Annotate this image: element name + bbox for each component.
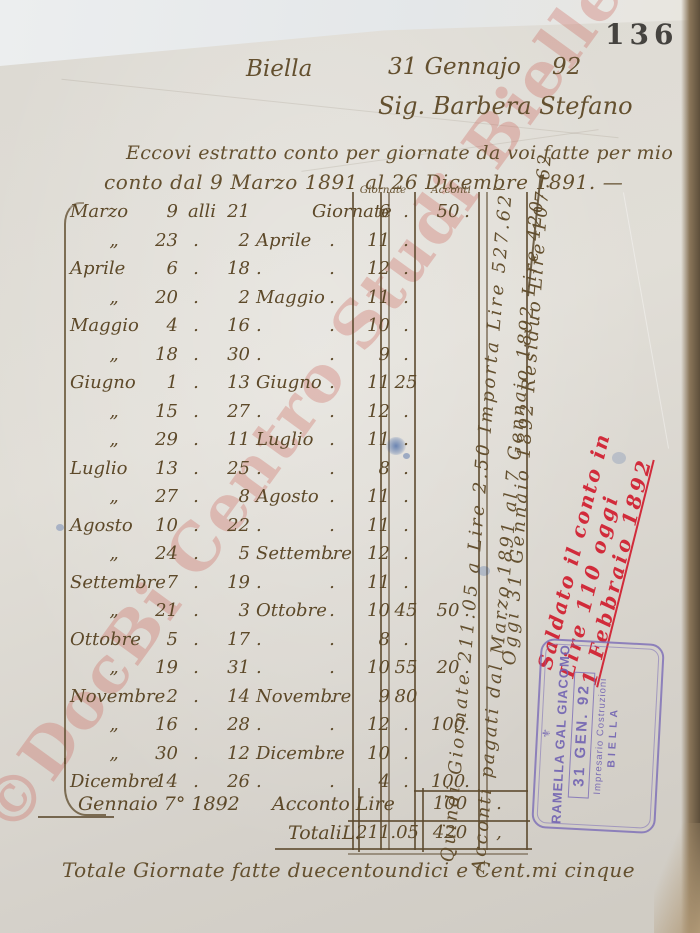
cell-s1: . <box>188 515 204 536</box>
cell-m1: „ <box>104 543 124 564</box>
cell-m1: „ <box>104 230 124 251</box>
table-row: „23.2Aprile.11. <box>60 230 540 258</box>
cell-d1: 30 <box>130 743 178 764</box>
cell-s1: . <box>188 258 204 279</box>
cell-gd: . <box>394 344 418 365</box>
cell-gd: 55 <box>394 657 418 678</box>
cell-d1: 29 <box>130 429 178 450</box>
cell-s1: . <box>188 572 204 593</box>
cell-d2: 30 <box>206 344 250 365</box>
column-header-acconti: Acconti <box>416 184 486 196</box>
cell-d2: 14 <box>206 686 250 707</box>
cell-m1: „ <box>104 743 124 764</box>
cell-m1: „ <box>104 657 124 678</box>
cell-gd: . <box>394 515 418 536</box>
cell-s2: . <box>312 714 352 735</box>
cell-d2: 25 <box>206 458 250 479</box>
cell-s2: . <box>312 600 352 621</box>
cell-m1: „ <box>104 600 124 621</box>
cell-s1: . <box>188 344 204 365</box>
cell-m2: . <box>256 458 262 479</box>
cell-totals-dot: , <box>492 822 506 843</box>
cell-s2: Giornate <box>312 201 352 222</box>
cell-s1: . <box>188 743 204 764</box>
table-row: „20.2Maggio.11. <box>60 287 540 315</box>
cell-d1: 5 <box>130 629 178 650</box>
stamp-title: Impresario Costruzioni <box>590 643 611 829</box>
cell-g: 8 <box>354 629 390 650</box>
cell-acconto-label1: Gennaio 7° 1892 <box>78 793 240 815</box>
cell-g: 12 <box>354 714 390 735</box>
cell-m1: „ <box>104 714 124 735</box>
cell-s2: . <box>312 230 352 251</box>
cell-m2: . <box>256 572 262 593</box>
cell-d1: 1 <box>130 372 178 393</box>
cell-m2: Aprile <box>256 230 311 251</box>
cell-gd: . <box>394 714 418 735</box>
cell-gd: . <box>394 743 418 764</box>
cell-m1: „ <box>104 429 124 450</box>
cell-d2: 2 <box>206 230 250 251</box>
cell-d2: 5 <box>206 543 250 564</box>
cell-m2: . <box>256 657 262 678</box>
cell-g: 12 <box>354 401 390 422</box>
cell-g: 11 <box>354 486 390 507</box>
cell-d1: 21 <box>130 600 178 621</box>
ink-blot <box>403 453 410 459</box>
cell-s2: . <box>312 743 352 764</box>
cell-d2: 31 <box>206 657 250 678</box>
cell-d2: 28 <box>206 714 250 735</box>
cell-s1: . <box>188 401 204 422</box>
cell-m1: „ <box>104 401 124 422</box>
cell-g: 8 <box>354 458 390 479</box>
cell-gd: . <box>394 543 418 564</box>
cell-d1: 16 <box>130 714 178 735</box>
cell-m2: . <box>256 714 262 735</box>
table-row: „18.30..9. <box>60 344 540 372</box>
cell-d1: 13 <box>130 458 178 479</box>
cell-d1: 15 <box>130 401 178 422</box>
cell-d1: 6 <box>130 258 178 279</box>
cell-d1: 2 <box>130 686 178 707</box>
cell-g: 11 <box>354 372 390 393</box>
cell-s1: alli <box>188 201 204 222</box>
column-header-giornate: Giornate <box>352 184 414 196</box>
cell-gd: 80 <box>394 686 418 707</box>
cell-m2: . <box>256 401 262 422</box>
cell-s1: . <box>188 771 204 792</box>
cell-s2: . <box>312 344 352 365</box>
cell-s1: . <box>188 287 204 308</box>
letter-recipient: Sig. Barbera Stefano <box>378 92 633 120</box>
cell-s1: . <box>188 600 204 621</box>
cell-d2: 2 <box>206 287 250 308</box>
cell-s2: . <box>312 486 352 507</box>
table-row: „29.11Luglio.11. <box>60 429 540 457</box>
letter-year: 92 <box>552 54 581 80</box>
cell-gd: . <box>394 401 418 422</box>
letter-place: Biella <box>246 56 312 82</box>
cell-s1: . <box>188 714 204 735</box>
cell-m2: . <box>256 315 262 336</box>
cell-g: 10 <box>354 657 390 678</box>
table-row: „15.27..12. <box>60 401 540 429</box>
cell-g: 9 <box>354 344 390 365</box>
stamp-city: BIELLA <box>602 644 624 830</box>
cell-ad: . <box>460 201 474 222</box>
cell-giornate-total: 211.05 <box>356 822 412 843</box>
cell-gd: . <box>394 258 418 279</box>
cell-g: 9 <box>354 686 390 707</box>
cell-m2: Luglio <box>256 429 313 450</box>
cell-d1: 14 <box>130 771 178 792</box>
table-row: Marzo9alli21Giornate6.50. <box>60 201 540 229</box>
cell-d2: 18 <box>206 258 250 279</box>
cell-m2: . <box>256 515 262 536</box>
cell-d2: 12 <box>206 743 250 764</box>
cell-g: 10 <box>354 743 390 764</box>
stamp-name: RAMELLA GAL GIACOMO <box>548 641 574 828</box>
cell-g: 11 <box>354 287 390 308</box>
cell-s2: . <box>312 686 352 707</box>
cell-m1: „ <box>104 344 124 365</box>
cell-s1: . <box>188 629 204 650</box>
cell-g: 12 <box>354 258 390 279</box>
cell-m2: . <box>256 771 262 792</box>
cell-acconto-label2: Acconto Lire <box>272 793 395 815</box>
cell-d2: 16 <box>206 315 250 336</box>
cell-d2: 3 <box>206 600 250 621</box>
cell-d1: 9 <box>130 201 178 222</box>
cell-s2: . <box>312 657 352 678</box>
cell-gd: 25 <box>394 372 418 393</box>
cell-s1: . <box>188 315 204 336</box>
cell-s2: . <box>312 372 352 393</box>
cell-d2: 17 <box>206 629 250 650</box>
table-row: Giugno1.13Giugno.1125 <box>60 372 540 400</box>
cell-d1: 4 <box>130 315 178 336</box>
ink-blot <box>478 566 490 576</box>
cell-s1: . <box>188 657 204 678</box>
table-row: Luglio13.25..8. <box>60 458 540 486</box>
intro-line-1: Eccovi estratto conto per giornate da vo… <box>126 142 673 164</box>
cell-s1: . <box>188 372 204 393</box>
cell-gd: . <box>394 287 418 308</box>
cell-g: 11 <box>354 429 390 450</box>
cell-s2: . <box>312 315 352 336</box>
cell-s2: . <box>312 429 352 450</box>
cell-s1: . <box>188 429 204 450</box>
cell-d1: 20 <box>130 287 178 308</box>
table-row: Aprile6.18..12. <box>60 258 540 286</box>
cell-d1: 27 <box>130 486 178 507</box>
cell-s1: . <box>188 486 204 507</box>
cell-s1: . <box>188 543 204 564</box>
cell-s2: . <box>312 401 352 422</box>
cell-d2: 27 <box>206 401 250 422</box>
cell-g: 12 <box>354 543 390 564</box>
stamp-crest-icon: ⚜ <box>537 640 558 826</box>
cell-s2: . <box>312 515 352 536</box>
cell-s2: . <box>312 287 352 308</box>
stamp-date: 31 GEN. 92 <box>568 672 596 798</box>
cell-s2: . <box>312 258 352 279</box>
cell-d2: 21 <box>206 201 250 222</box>
letter-date: 31 Gennajo <box>388 54 521 80</box>
page-number: 136 <box>605 18 678 51</box>
cell-g: 10 <box>354 315 390 336</box>
cell-g: 6 <box>354 201 390 222</box>
cell-g: 10 <box>354 600 390 621</box>
cell-gd: . <box>394 315 418 336</box>
cell-d1: 23 <box>130 230 178 251</box>
rubber-stamp: ⚜ RAMELLA GAL GIACOMO 31 GEN. 92 Impresa… <box>531 638 665 834</box>
cell-s2: . <box>312 458 352 479</box>
cell-d2: 13 <box>206 372 250 393</box>
cell-m2: . <box>256 629 262 650</box>
cell-d1: 7 <box>130 572 178 593</box>
document-page: ©DocBi Centro Studi Biellesi 136 Biella … <box>0 0 700 933</box>
cell-gd: . <box>394 572 418 593</box>
cell-d2: 11 <box>206 429 250 450</box>
summary-line: Totale Giornate fatte duecentoundici e C… <box>62 858 635 882</box>
cell-gd: . <box>394 771 418 792</box>
ink-blot <box>386 437 406 455</box>
table-row: Maggio4.16..10. <box>60 315 540 343</box>
cell-s1: . <box>188 458 204 479</box>
cell-m2: Agosto <box>256 486 319 507</box>
cell-s1: . <box>188 230 204 251</box>
cell-gd: . <box>394 486 418 507</box>
cell-d1: 19 <box>130 657 178 678</box>
cell-d1: 24 <box>130 543 178 564</box>
cell-gd: . <box>394 458 418 479</box>
paper-crease <box>623 192 669 448</box>
cell-d2: 22 <box>206 515 250 536</box>
cell-g: 4 <box>354 771 390 792</box>
cell-gd: . <box>394 201 418 222</box>
cell-d2: 26 <box>206 771 250 792</box>
cell-gd: . <box>394 230 418 251</box>
ink-blot <box>56 524 64 531</box>
cell-totals-label: Totali <box>288 822 342 844</box>
cell-s1: . <box>188 686 204 707</box>
cell-s2: . <box>312 771 352 792</box>
cell-m1: „ <box>104 486 124 507</box>
cell-g: 11 <box>354 230 390 251</box>
cell-d2: 8 <box>206 486 250 507</box>
cell-s2: . <box>312 572 352 593</box>
cell-m2: . <box>256 344 262 365</box>
cell-d2: 19 <box>206 572 250 593</box>
cell-gd: 45 <box>394 600 418 621</box>
ink-blot <box>612 452 626 464</box>
cell-s2: . <box>312 543 352 564</box>
cell-s2: . <box>312 629 352 650</box>
cell-m1: „ <box>104 287 124 308</box>
cell-gd: . <box>394 629 418 650</box>
cell-m2: . <box>256 258 262 279</box>
cell-d1: 18 <box>130 344 178 365</box>
cell-d1: 10 <box>130 515 178 536</box>
cell-g: 11 <box>354 572 390 593</box>
cell-g: 11 <box>354 515 390 536</box>
